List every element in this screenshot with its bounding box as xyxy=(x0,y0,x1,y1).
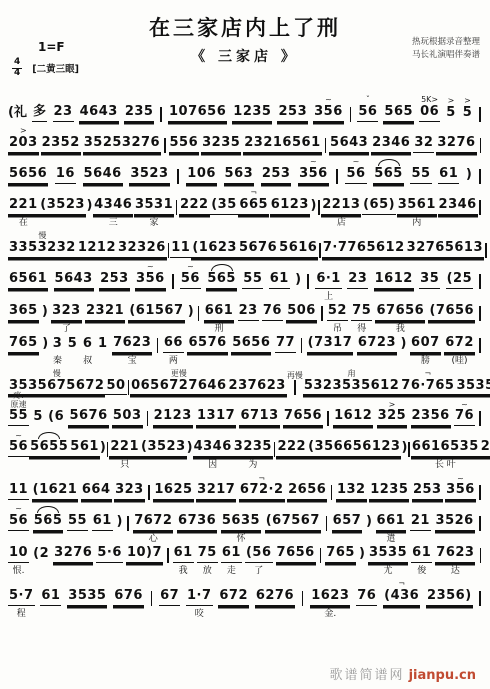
token-cell: 563 xyxy=(224,156,255,184)
note-group: 6736 xyxy=(177,514,217,531)
token-cell: >5 xyxy=(445,95,457,122)
token-cell: 50 xyxy=(105,368,126,396)
lyric: 店 xyxy=(337,215,346,227)
token-cell: 6叔 xyxy=(82,337,94,365)
token-cell: 23 xyxy=(53,94,74,122)
note-group: 2346 xyxy=(438,198,478,215)
note-group: 0656727646 xyxy=(130,379,227,396)
note-group: 5·7 xyxy=(8,589,35,606)
note-group: 132 xyxy=(336,483,367,500)
note-group: 7623 xyxy=(435,546,475,563)
note-group: 61 xyxy=(92,514,113,531)
note-group: 2356 xyxy=(411,409,451,426)
lyric: 为 xyxy=(248,457,257,469)
barline xyxy=(480,548,482,563)
token-cell: ) xyxy=(311,188,317,227)
note-group: (1623 xyxy=(191,241,238,258)
token-cell: 672(哇) xyxy=(444,336,475,365)
token-cell: 506 xyxy=(286,304,317,333)
note-group: 35356576 xyxy=(455,379,490,396)
note-group: (65) xyxy=(362,198,396,215)
token-cell xyxy=(166,548,170,575)
lyric: 只 xyxy=(120,457,129,469)
token-cell xyxy=(163,127,167,153)
note-group: 75 xyxy=(197,546,218,563)
token-cell: 5676 xyxy=(68,398,108,426)
note-group: 676 xyxy=(113,589,144,606)
subtitle: 《 三家店 》 xyxy=(191,46,299,66)
note-group: 61 xyxy=(269,272,290,289)
token-cell: 3531家 xyxy=(134,187,174,227)
note-group: (6 xyxy=(47,410,65,426)
barline xyxy=(479,200,481,215)
token-cell: 503 xyxy=(112,398,143,426)
token-cell xyxy=(478,474,482,500)
note-group: 3217 xyxy=(196,483,236,500)
note-group: 556 xyxy=(169,136,200,153)
time-signature-denominator: 4 xyxy=(14,69,20,79)
barline xyxy=(479,306,481,321)
note-group: 6561 xyxy=(8,272,48,289)
token-cell: >325 xyxy=(377,398,408,426)
token-cell: ) xyxy=(401,337,407,365)
note-group: 6576 xyxy=(187,336,227,353)
token-cell: 5643 xyxy=(329,125,369,153)
barline xyxy=(301,338,303,353)
lyric: 宝 xyxy=(128,353,137,365)
note-group: ) xyxy=(42,305,48,321)
token-cell: ~356 xyxy=(298,156,329,184)
note-group: 222 xyxy=(276,440,307,457)
token-cell: 3217 xyxy=(196,472,236,500)
token-cell: 2346 xyxy=(438,187,478,227)
token-cell xyxy=(146,400,150,426)
note-group: 67 xyxy=(159,589,180,606)
note-group: 55 xyxy=(410,167,431,184)
token-cell: 565 xyxy=(373,156,404,184)
barline xyxy=(479,516,481,531)
note-group: 1623 xyxy=(310,589,350,606)
note-group: 11 xyxy=(170,241,191,258)
lyric: 怀 xyxy=(236,531,245,543)
token-cell: 107656 xyxy=(168,94,227,122)
note-group: 356 xyxy=(298,167,329,184)
note-group: 3276 xyxy=(436,136,476,153)
token-cell: 237623 xyxy=(228,368,287,396)
note-group: ) xyxy=(116,515,122,531)
token-cell: 23 xyxy=(238,304,259,333)
note-group: 56 xyxy=(345,167,366,184)
score-line: 疼.原速555(6567650321231317671376561612>325… xyxy=(8,398,482,426)
note-group: 56 xyxy=(357,105,378,122)
barline xyxy=(176,200,178,215)
lyric: 心 xyxy=(149,531,158,543)
note-group: 52 xyxy=(327,304,348,321)
note-group: 61 xyxy=(40,589,61,606)
lyric: 三 xyxy=(109,215,118,227)
note-group: 672 xyxy=(444,336,475,353)
note-group: 7656 xyxy=(283,409,323,426)
token-cell: ) xyxy=(366,504,372,543)
score-line: 慢353567567250更慢0656727646237623再慢甪532353… xyxy=(8,368,482,396)
barline xyxy=(307,274,309,289)
token-cell: 1 xyxy=(97,337,109,365)
token-cell: 10)7 xyxy=(126,546,163,575)
token-cell: ¬672·2 xyxy=(239,472,285,500)
lyric: 家 xyxy=(150,215,159,227)
note-group: 75 xyxy=(351,304,372,321)
token-cell: 765 xyxy=(8,336,39,365)
token-cell xyxy=(156,338,160,365)
note-group: 23216561 xyxy=(243,136,321,153)
score-header: 在三家店内上了刑 《 三家店 》 热玩根据录音整理 马长礼演唱伴奏谱 1=F 4… xyxy=(8,6,482,92)
score-line: >203235235253276556323523216561564323463… xyxy=(8,125,482,153)
note-group: 2123 xyxy=(153,409,193,426)
annotation: 慢 xyxy=(53,368,61,379)
note-group: 35 xyxy=(419,272,440,289)
token-cell: 55 xyxy=(410,156,431,184)
note-group: 221 xyxy=(109,440,140,457)
note-group: 10)7 xyxy=(126,546,163,563)
score: (礼多2346432351076561235253~356ˇ565655K>06… xyxy=(8,94,482,618)
note-group: 32 xyxy=(413,136,434,153)
note-group: 61 xyxy=(221,546,242,563)
note-group: (3523 xyxy=(140,440,187,457)
token-cell: 6616535长 叶 xyxy=(411,429,480,469)
lyric: 金. xyxy=(324,606,336,618)
token-cell: ~356 xyxy=(135,261,166,301)
token-cell: 5·6 xyxy=(96,546,123,575)
note-group: 32765613 xyxy=(406,241,484,258)
token-cell: 6123 xyxy=(270,187,310,227)
note-group: 607 xyxy=(410,336,441,353)
note-group: 565 xyxy=(33,514,64,531)
token-cell: 5656 xyxy=(8,156,48,184)
token-cell: ¬665 xyxy=(238,187,269,227)
barline xyxy=(350,107,352,122)
token-cell: 10恨. xyxy=(8,546,29,575)
token-cell: 1235 xyxy=(232,94,272,122)
note-group: 5616 xyxy=(278,241,318,258)
note-group: 106 xyxy=(186,167,217,184)
note-group: 221 xyxy=(8,198,39,215)
note-group: 56 xyxy=(180,272,201,289)
note-group: 2346 xyxy=(371,136,411,153)
token-cell xyxy=(126,505,130,543)
token-cell xyxy=(478,338,482,365)
token-cell: 6276 xyxy=(255,578,295,618)
lyric: 遣 xyxy=(386,531,395,543)
token-cell xyxy=(479,127,483,153)
token-cell: 55 xyxy=(67,503,88,543)
token-cell: 2123 xyxy=(153,398,193,426)
note-group: (61567 xyxy=(128,304,184,321)
barline xyxy=(325,138,327,153)
token-cell: 11 xyxy=(170,230,191,258)
note-group: ) xyxy=(366,515,372,531)
annotation: ¬ xyxy=(425,368,432,379)
token-cell: 6736 xyxy=(177,503,217,543)
token-cell: 556 xyxy=(169,125,200,153)
token-cell: 657 xyxy=(332,503,363,543)
token-cell: 6723 xyxy=(357,336,397,365)
token-cell: 7623达 xyxy=(435,546,475,575)
slur-mark xyxy=(211,264,233,271)
note-group: (436 xyxy=(383,589,420,606)
note-group: 55 xyxy=(8,409,29,426)
note-group: 765 xyxy=(325,546,356,563)
note-group: ) xyxy=(87,199,93,215)
note-group: 7623 xyxy=(112,336,152,353)
note-group: 3235 xyxy=(201,136,241,153)
lyric: 咬 xyxy=(195,606,204,618)
note-group: 4643 xyxy=(79,105,119,122)
note-group: 323 xyxy=(51,304,82,321)
token-cell: 1·7咬 xyxy=(186,578,213,618)
note-group: 3561 xyxy=(397,198,437,215)
note-group: 253 xyxy=(99,272,130,289)
note-group: 3535 xyxy=(67,589,107,606)
token-cell: 3235为 xyxy=(233,429,273,469)
barline xyxy=(160,107,162,122)
barline xyxy=(479,411,481,426)
barline xyxy=(479,274,481,289)
note-group: 21235 xyxy=(480,440,490,457)
token-cell: 222 xyxy=(179,187,210,227)
note-group: ) xyxy=(466,168,472,184)
token-cell: ) xyxy=(87,188,93,227)
token-cell xyxy=(319,548,323,575)
barline xyxy=(164,138,166,153)
barline xyxy=(480,138,482,153)
token-cell: 32 xyxy=(413,125,434,153)
token-cell: 更慢0656727646 xyxy=(130,368,227,396)
note-group: 35253276 xyxy=(83,136,161,153)
token-cell: 61走 xyxy=(221,546,242,575)
token-cell: 1612 xyxy=(333,398,373,426)
note-group: 323 xyxy=(114,483,145,500)
barline xyxy=(479,338,481,353)
note-group: 5646 xyxy=(83,167,123,184)
barline xyxy=(148,485,150,500)
barline xyxy=(479,485,481,500)
token-cell: (7656 xyxy=(428,304,475,333)
note-group: 23 xyxy=(238,304,259,321)
token-cell xyxy=(484,232,488,258)
token-cell xyxy=(159,96,163,122)
note-group: ) xyxy=(295,273,301,289)
token-cell: ~356 xyxy=(445,472,476,500)
token-cell: >203 xyxy=(8,125,39,153)
note-group: (7656 xyxy=(428,304,475,321)
note-group: 77 xyxy=(275,336,296,353)
token-cell xyxy=(479,548,483,575)
token-cell: ~56 xyxy=(180,261,201,301)
token-cell: (67567 xyxy=(265,503,321,543)
token-cell: ) xyxy=(466,157,472,184)
time-signature: 4 4 xyxy=(12,58,22,79)
watermark: 歌谱简谱网 jianpu.cn xyxy=(329,664,476,683)
token-cell: 4346因 xyxy=(193,429,233,469)
token-cell: 3235 xyxy=(201,125,241,153)
key-signature: 1=F xyxy=(38,40,79,54)
note-group: 67656 xyxy=(375,304,425,321)
token-cell: 323 xyxy=(114,472,145,500)
credits: 热玩根据录音整理 马长礼演唱伴奏谱 xyxy=(412,36,480,62)
note-group: 665 xyxy=(238,198,269,215)
barline xyxy=(128,380,130,395)
token-cell: ) xyxy=(42,337,48,365)
slur-mark xyxy=(37,506,59,513)
watermark-site-url[interactable]: jianpu.cn xyxy=(409,668,476,683)
note-group: (1621 xyxy=(32,483,79,500)
barline xyxy=(294,380,296,395)
token-cell: 23 xyxy=(347,261,368,301)
token-cell: 5K>06 xyxy=(419,94,440,122)
note-group: 1235 xyxy=(369,483,409,500)
token-cell: (35 xyxy=(210,187,238,227)
note-group: 6123 xyxy=(270,198,310,215)
token-cell: 561 xyxy=(69,429,100,469)
token-cell: 35356576 xyxy=(455,368,490,396)
note-group: 657 xyxy=(332,514,363,531)
sheet-music-page: 在三家店内上了刑 《 三家店 》 热玩根据录音整理 马长礼演唱伴奏谱 1=F 4… xyxy=(0,0,490,689)
token-cell: 7·7765612 xyxy=(322,230,406,258)
token-cell: 23216561 xyxy=(243,125,321,153)
note-group: 6723 xyxy=(357,336,397,353)
token-cell: 5635怀 xyxy=(221,503,261,543)
token-cell: 7656 xyxy=(276,546,316,575)
note-group: 5 xyxy=(67,337,79,353)
watermark-site-name: 歌谱简谱网 xyxy=(329,668,404,683)
barline xyxy=(167,548,169,563)
note-group: (356656123 xyxy=(307,440,401,457)
note-group: 253 xyxy=(277,105,308,122)
token-cell: 4643 xyxy=(79,94,119,122)
lyric: 我 xyxy=(179,563,188,575)
note-group: 6713 xyxy=(239,409,279,426)
note-group: 6616535 xyxy=(411,440,480,457)
note-group: 2321 xyxy=(85,304,125,321)
token-cell: ¬76·765 xyxy=(400,368,455,396)
note-group: 1235 xyxy=(232,105,272,122)
token-cell xyxy=(325,505,329,543)
token-cell: 132 xyxy=(336,472,367,500)
score-line: 10恨.(232765·610)761我75放61走(56了7656765)35… xyxy=(8,546,482,575)
token-cell: 75得 xyxy=(351,304,372,333)
token-cell: 52吊 xyxy=(327,304,348,333)
score-line: 慢335323212123232611(1623567656167·776561… xyxy=(8,230,482,258)
lyric: 叔 xyxy=(83,353,92,365)
note-group: 61 xyxy=(411,546,432,563)
annotation: 再慢 xyxy=(287,369,303,380)
token-cell: 565 xyxy=(383,94,414,122)
note-group: 661 xyxy=(376,514,407,531)
token-cell: 676 xyxy=(113,578,144,618)
token-cell: 76 xyxy=(356,578,377,618)
token-cell: 3535尤 xyxy=(368,546,408,575)
score-line: 56561656463523106563253~356~565655561) xyxy=(8,156,482,184)
barline xyxy=(331,485,333,500)
token-cell: ~56 xyxy=(8,503,29,543)
note-group: 5·6 xyxy=(96,546,123,563)
token-cell xyxy=(301,580,305,618)
left-meta: 1=F 4 4 [二黄三眼] xyxy=(12,40,79,79)
token-cell: 55 xyxy=(242,261,263,301)
token-cell: 32765613 xyxy=(406,230,484,258)
barline xyxy=(302,591,304,606)
token-cell: 1623金. xyxy=(310,578,350,618)
score-line: 5·7程613535676671·7咬67262761623金.76¬(4362… xyxy=(8,578,482,618)
lyric: 尤 xyxy=(384,563,393,575)
token-cell: (61567 xyxy=(128,304,184,333)
barline xyxy=(321,306,323,321)
token-cell: 1212 xyxy=(77,230,117,258)
note-group: 56 xyxy=(8,514,29,531)
note-group: 506 xyxy=(286,304,317,321)
barline xyxy=(172,274,174,289)
note-group: (67567 xyxy=(265,514,321,531)
note-group: 06 xyxy=(419,105,440,122)
token-cell xyxy=(478,580,482,618)
token-cell: 221在 xyxy=(8,187,39,227)
note-group: 563 xyxy=(224,167,255,184)
note-group: 23 xyxy=(53,105,74,122)
note-group: ) xyxy=(311,199,317,215)
barline xyxy=(408,442,410,457)
note-group: 325 xyxy=(377,409,408,426)
token-cell: >5 xyxy=(462,95,474,122)
token-cell: (1621 xyxy=(32,472,79,500)
token-cell xyxy=(335,158,339,184)
token-cell: 61 xyxy=(438,156,459,184)
token-cell: 2356 xyxy=(411,398,451,426)
token-cell: 6713 xyxy=(239,398,279,426)
token-cell xyxy=(478,400,482,426)
note-group: ) xyxy=(401,337,407,353)
token-cell: 76 xyxy=(262,304,283,333)
token-cell: 1625 xyxy=(153,472,193,500)
token-cell: 61 xyxy=(40,578,61,618)
token-cell: (56了 xyxy=(245,546,273,575)
note-group: 5656 xyxy=(231,336,271,353)
note-group: 5323535612 xyxy=(303,379,400,396)
token-cell: (356656123 xyxy=(307,429,401,469)
token-cell xyxy=(478,505,482,543)
barline xyxy=(479,591,481,606)
token-cell: 2352 xyxy=(41,125,81,153)
token-cell: 67656我 xyxy=(375,304,425,333)
token-cell: 3535 xyxy=(67,578,107,618)
token-cell: 1612 xyxy=(374,261,414,301)
lyric: 得 xyxy=(357,321,366,333)
note-group: 356 xyxy=(135,272,166,289)
note-group: 55 xyxy=(242,272,263,289)
token-cell: 2321 xyxy=(85,304,125,333)
lyric: 秦 xyxy=(53,353,62,365)
token-cell: 61我 xyxy=(173,546,194,575)
score-line: 221在(3523)4346三3531家222(35¬6656123)2213店… xyxy=(8,187,482,227)
note-group: ) xyxy=(42,337,48,353)
barline xyxy=(479,169,481,184)
token-cell xyxy=(175,189,179,227)
token-cell: 16 xyxy=(55,156,76,184)
note-group: 21 xyxy=(410,514,431,531)
note-group: 多 xyxy=(32,105,48,122)
token-cell: (1623 xyxy=(191,230,238,258)
note-group: 203 xyxy=(8,136,39,153)
note-group: 3523 xyxy=(129,167,169,184)
